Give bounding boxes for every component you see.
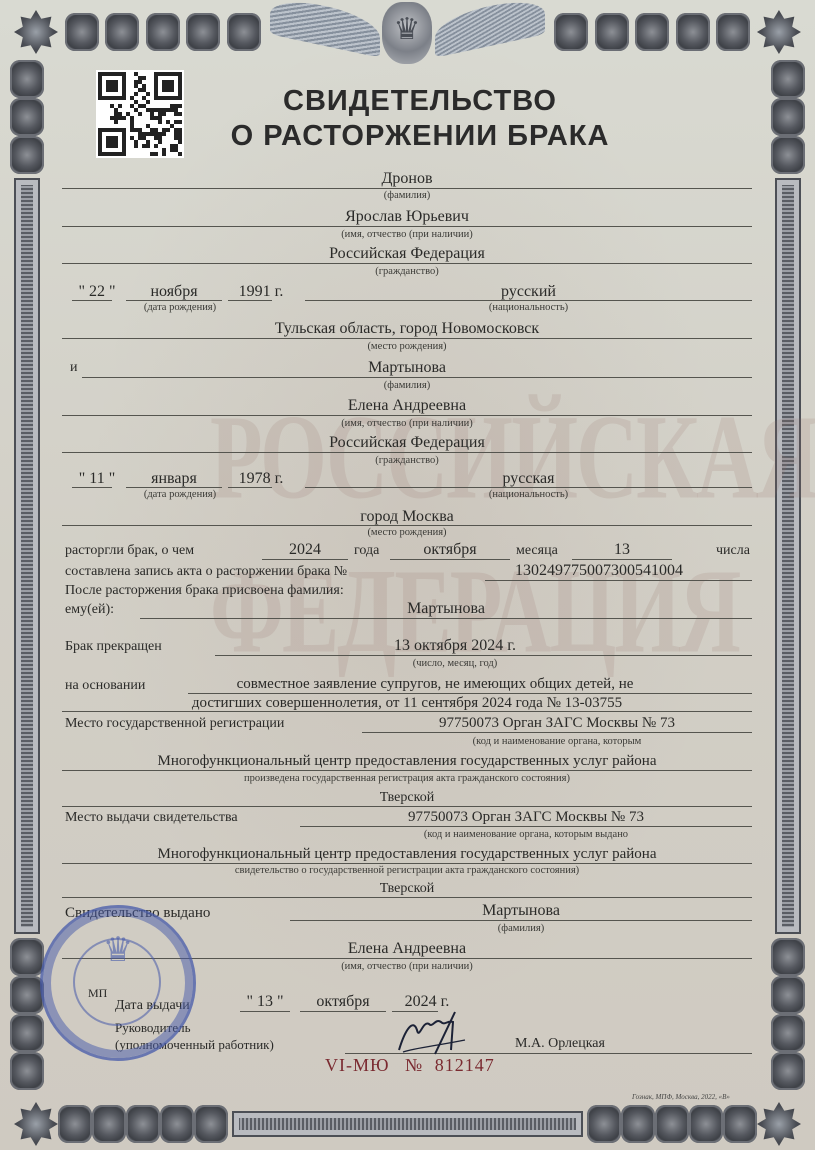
title-line-1: СВИДЕТЕЛЬСТВО (200, 84, 640, 118)
rosette-icon (10, 976, 44, 1014)
rosette-icon (655, 1105, 689, 1143)
person1-birth-day: " 22 " (62, 283, 132, 301)
guilloche-bar (775, 178, 801, 934)
corner-rosette-icon (757, 10, 801, 54)
person2-birth-year: 1978 г. (228, 470, 294, 488)
person1-birth-month: ноября (126, 283, 222, 301)
caption: произведена государственная регистрация … (62, 773, 752, 785)
label-year: года (354, 543, 379, 559)
rosette-icon (771, 136, 805, 174)
divorce-year: 2024 (262, 541, 348, 559)
caption: (фамилия) (62, 380, 752, 392)
caption: (гражданство) (62, 266, 752, 278)
rosette-icon (105, 13, 139, 51)
label-issue-place: Место выдачи свидетельства (65, 810, 238, 826)
issue-year: 2024 г. (392, 993, 462, 1011)
rosette-icon (723, 1105, 757, 1143)
printer-note: Гознак, МПФ, Москва, 2022, «В» (632, 1093, 730, 1101)
person2-citizenship: Российская Федерация (62, 434, 752, 452)
person1-citizenship: Российская Федерация (62, 245, 752, 263)
ribbon-left-icon (270, 0, 380, 58)
basis-line-1: совместное заявление супругов, не имеющи… (190, 675, 680, 693)
issue-organ-line-3: Тверской (62, 880, 752, 898)
guilloche-bar (232, 1111, 583, 1137)
number: 812147 (435, 1055, 495, 1075)
person2-birth-month: января (126, 470, 222, 488)
label-surname-after: После расторжения брака присвоена фамили… (65, 583, 344, 599)
rosette-icon (771, 60, 805, 98)
qr-code-icon (96, 70, 184, 158)
rosette-icon (65, 13, 99, 51)
divorce-day: 13 (572, 541, 672, 559)
issue-month: октября (300, 993, 386, 1011)
caption: (имя, отчество (при наличии) (62, 418, 752, 430)
issue-organ: 97750073 Орган ЗАГС Москвы № 73 (300, 808, 752, 826)
rosette-icon (554, 13, 588, 51)
rosette-icon (635, 13, 669, 51)
certificate-sheet: ♛ РОССИЙСКАЯ ФЕДЕРАЦИЯ (0, 0, 815, 1150)
divorce-month: октября (390, 541, 510, 559)
person2-nationality: русская (305, 470, 752, 488)
label-basis: на основании (65, 678, 145, 694)
rosette-icon (771, 98, 805, 136)
signature-icon (395, 1010, 475, 1056)
label-divorced: расторгли брак, о чем (65, 543, 194, 559)
rosette-icon (146, 13, 180, 51)
person1-birth-year: 1991 г. (228, 283, 294, 301)
rosette-icon (10, 60, 44, 98)
rosette-icon (186, 13, 220, 51)
signer-name: М.А. Орлецкая (495, 1035, 625, 1053)
issue-organ-line-2: Многофункциональный центр предоставления… (62, 845, 752, 863)
serial-number: VI-МЮ № 812147 (325, 1055, 495, 1076)
caption: (гражданство) (62, 455, 752, 467)
person1-birth-place: Тульская область, город Новомосковск (62, 320, 752, 338)
ribbon-right-icon (435, 0, 545, 58)
rosette-icon (676, 13, 710, 51)
registration-organ-line-2: Многофункциональный центр предоставления… (62, 752, 752, 770)
rosette-icon (595, 13, 629, 51)
corner-rosette-icon (14, 1102, 58, 1146)
caption: (дата рождения) (110, 489, 250, 501)
series: VI-МЮ (325, 1055, 390, 1075)
person2-surname: Мартынова (62, 359, 752, 377)
rosette-icon (10, 1052, 44, 1090)
label-month: месяца (516, 543, 558, 559)
person2-name: Елена Андреевна (62, 397, 752, 415)
person2-birth-day: " 11 " (62, 470, 132, 488)
ornamental-border-right (771, 60, 805, 1090)
issue-day: " 13 " (230, 993, 300, 1011)
rosette-icon (689, 1105, 723, 1143)
caption: (национальность) (305, 302, 752, 314)
caption: (число, месяц, год) (215, 658, 695, 670)
guilloche-bar (14, 178, 40, 934)
corner-rosette-icon (14, 10, 58, 54)
registration-organ: 97750073 Орган ЗАГС Москвы № 73 (362, 714, 752, 732)
rosette-icon (716, 13, 750, 51)
rosette-icon (10, 136, 44, 174)
caption: (код и наименование органа, которым выда… (300, 829, 752, 841)
caption: (имя, отчество (при наличии) (62, 229, 752, 241)
rosette-icon (92, 1105, 126, 1143)
rosette-icon (58, 1105, 92, 1143)
official-stamp-icon: ♛ (40, 905, 196, 1061)
person1-nationality: русский (305, 283, 752, 301)
person1-name: Ярослав Юрьевич (62, 208, 752, 226)
stamp-eagle-icon: ♛ (43, 930, 193, 970)
rosette-icon (227, 13, 261, 51)
rosette-icon (10, 98, 44, 136)
label-registration-place: Место государственной регистрации (65, 716, 284, 732)
caption: (фамилия) (62, 190, 752, 202)
ornamental-border-left (10, 60, 44, 1090)
double-headed-eagle-icon: ♛ (382, 2, 432, 64)
caption: (место рождения) (62, 527, 752, 539)
caption: (фамилия) (290, 923, 752, 935)
person1-surname: Дронов (62, 170, 752, 188)
title-line-2: О РАСТОРЖЕНИИ БРАКА (200, 118, 640, 154)
registration-organ-line-3: Тверской (62, 789, 752, 807)
rosette-icon (10, 938, 44, 976)
label-record: составлена запись акта о расторжении бра… (65, 564, 347, 580)
rosette-icon (10, 1014, 44, 1052)
rosette-icon (621, 1105, 655, 1143)
rosette-icon (194, 1105, 228, 1143)
issued-to-surname: Мартынова (290, 902, 752, 920)
person2-birth-place: город Москва (62, 508, 752, 526)
rosette-icon (771, 1052, 805, 1090)
basis-line-2: достигших совершеннолетия, от 11 сентябр… (62, 694, 752, 712)
label-him-her: ему(ей): (65, 602, 114, 618)
corner-rosette-icon (757, 1102, 801, 1146)
record-number: 130249775007300541004 (485, 562, 735, 580)
terminated-date: 13 октября 2024 г. (215, 637, 695, 655)
number-sign: № (405, 1055, 423, 1075)
caption: (место рождения) (62, 341, 752, 353)
document-title: СВИДЕТЕЛЬСТВО О РАСТОРЖЕНИИ БРАКА (200, 84, 640, 154)
rosette-icon (771, 976, 805, 1014)
caption: (дата рождения) (110, 302, 250, 314)
rosette-icon (771, 938, 805, 976)
surname-after-divorce: Мартынова (140, 600, 752, 618)
rosette-icon (160, 1105, 194, 1143)
caption: свидетельство о государственной регистра… (62, 865, 752, 877)
caption: (код и наименование органа, которым (362, 736, 752, 748)
rosette-icon (587, 1105, 621, 1143)
label-day: числа (716, 543, 750, 559)
ornamental-border-bottom (14, 1104, 801, 1144)
rosette-icon (771, 1014, 805, 1052)
label-terminated: Брак прекращен (65, 639, 162, 655)
coat-of-arms-emblem: ♛ (270, 0, 545, 65)
rosette-icon (126, 1105, 160, 1143)
caption: (национальность) (305, 489, 752, 501)
